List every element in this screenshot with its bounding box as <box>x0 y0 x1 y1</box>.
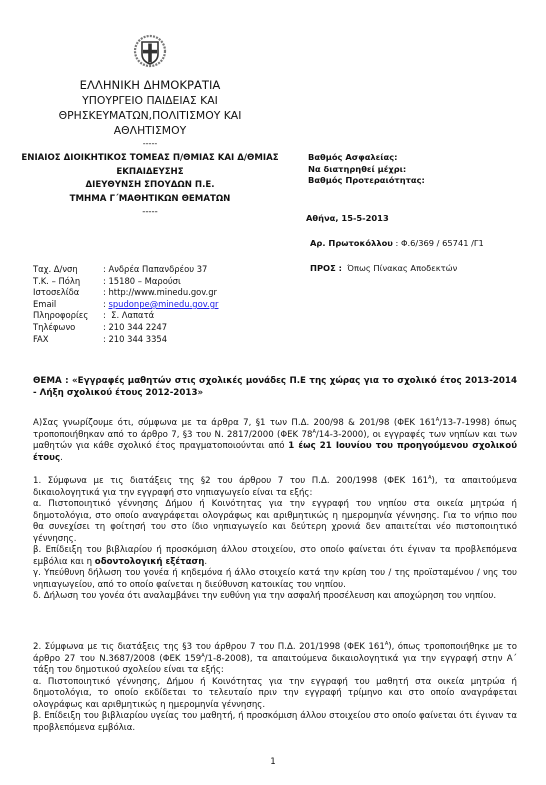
protocol-number: Αρ. Πρωτοκόλλου : Φ.6/369 / 65741 /Γ1 <box>310 238 484 249</box>
text: . <box>60 453 63 463</box>
recipient-value: Όπως Πίνακας Αποδεκτών <box>342 263 457 273</box>
contact-details: Ταχ. Δ/νση : Ανδρέα Παπανδρέου 37 Τ.Κ. –… <box>33 264 218 345</box>
contact-row-info: Πληροφορίες : Σ. Λαπατά <box>33 310 218 322</box>
contact-value: : 210 344 2247 <box>103 322 167 334</box>
contact-key: Πληροφορίες <box>33 310 103 322</box>
contact-row-email: Email : spudonpe@minedu.gov.gr <box>33 299 218 311</box>
text: Α)Σας γνωρίζουμε ότι, σύμφωνα με τα άρθρ… <box>33 418 436 428</box>
contact-value: : 15180 – Μαρούσι <box>103 276 181 288</box>
bold-text: οδοντολογική εξέταση <box>95 557 205 567</box>
contact-row-website: Ιστοσελίδα : http://www.minedu.gov.gr <box>33 287 218 299</box>
priority-level-label: Βαθμός Προτεραιότητας: <box>308 175 425 187</box>
document-page: ΕΛΛΗΝΙΚΗ ΔΗΜΟΚΡΑΤΙΑ ΥΠΟΥΡΓΕΙΟ ΠΑΙΔΕΙΑΣ Κ… <box>0 0 546 785</box>
issuing-authority: ΕΛΛΗΝΙΚΗ ΔΗΜΟΚΡΑΤΙΑ ΥΠΟΥΡΓΕΙΟ ΠΑΙΔΕΙΑΣ Κ… <box>0 78 300 149</box>
contact-key: Ταχ. Δ/νση <box>33 264 103 276</box>
email-link[interactable]: spudonpe@minedu.gov.gr <box>108 299 218 309</box>
contact-key: Email <box>33 299 103 311</box>
item-alpha: α. Πιστοποιητικό γέννησης Δήμου ή Κοινότ… <box>33 499 517 545</box>
recipient: ΠΡΟΣ : Όπως Πίνακας Αποδεκτών <box>310 263 457 274</box>
unit-line-1: ΕΝΙΑΙΟΣ ΔΙΟΙΚΗΤΙΚΟΣ ΤΟΜΕΑΣ Π/ΘΜΙΑΣ ΚΑΙ Δ… <box>0 152 300 166</box>
country-name: ΕΛΛΗΝΙΚΗ ΔΗΜΟΚΡΑΤΙΑ <box>0 78 300 93</box>
contact-key: Τηλέφωνο <box>33 322 103 334</box>
contact-row-address: Ταχ. Δ/νση : Ανδρέα Παπανδρέου 37 <box>33 264 218 276</box>
contact-key: Ιστοσελίδα <box>33 287 103 299</box>
ministry-line-3: ΑΘΛΗΤΙΣΜΟΥ <box>0 123 300 138</box>
page-number: 1 <box>0 757 546 767</box>
separator: ----- <box>0 138 300 149</box>
contact-row-postcode: Τ.Κ. – Πόλη : 15180 – Μαρούσι <box>33 276 218 288</box>
item-gamma: γ. Υπεύθυνη δήλωση του γονέα ή κηδεμόνα … <box>33 568 517 591</box>
document-date: Αθήνα, 15-5-2013 <box>306 213 389 225</box>
contact-value: : Ανδρέα Παπανδρέου 37 <box>103 264 207 276</box>
issuing-unit: ΕΝΙΑΙΟΣ ΔΙΟΙΚΗΤΙΚΟΣ ΤΟΜΕΑΣ Π/ΘΜΙΑΣ ΚΑΙ Δ… <box>0 152 300 220</box>
contact-value: : Σ. Λαπατά <box>103 310 154 322</box>
paragraph-1: 1. Σύμφωνα με τις διατάξεις της §2 του ά… <box>33 476 517 603</box>
text: 1. Σύμφωνα με τις διατάξεις της §2 του ά… <box>33 476 428 486</box>
unit-line-3: ΔΙΕΥΘΥΝΣΗ ΣΠΟΥΔΩΝ Π.Ε. <box>0 179 300 193</box>
retain-until-label: Να διατηρηθεί μέχρι: <box>308 164 425 176</box>
ministry-line-1: ΥΠΟΥΡΓΕΙΟ ΠΑΙΔΕΙΑΣ ΚΑΙ <box>0 93 300 108</box>
item-beta: β. Επίδειξη του βιβλιαρίου ή προσκόμιση … <box>33 545 517 568</box>
contact-row-fax: FAX : 210 344 3354 <box>33 334 218 346</box>
paragraph-intro: Α)Σας γνωρίζουμε ότι, σύμφωνα με τα άρθρ… <box>33 418 517 464</box>
paragraph-2: 2. Σύμφωνα με τις διατάξεις της §3 του ά… <box>33 642 517 734</box>
greek-coat-of-arms-icon <box>133 33 167 69</box>
unit-line-2: ΕΚΠΑΙΔΕΥΣΗΣ <box>0 166 300 180</box>
website-value: : http://www.minedu.gov.gr <box>103 287 217 299</box>
text: 2. Σύμφωνα με τις διατάξεις της §3 του ά… <box>33 642 385 652</box>
item-alpha: α. Πιστοποιητικό γέννησης, Δήμου ή Κοινό… <box>33 677 517 712</box>
protocol-label: Αρ. Πρωτοκόλλου <box>310 238 393 248</box>
contact-row-phone: Τηλέφωνο : 210 344 2247 <box>33 322 218 334</box>
unit-line-4: ΤΜΗΜΑ Γ΄ΜΑΘΗΤΙΚΩΝ ΘΕΜΑΤΩΝ <box>0 193 300 207</box>
recipient-label: ΠΡΟΣ : <box>310 263 342 273</box>
protocol-value: : Φ.6/369 / 65741 /Γ1 <box>393 238 484 248</box>
contact-value: : 210 344 3354 <box>103 334 167 346</box>
classification-block: Βαθμός Ασφαλείας: Να διατηρηθεί μέχρι: Β… <box>308 152 425 187</box>
item-beta: β. Επίδειξη του βιβλιαρίου υγείας του μα… <box>33 711 517 734</box>
security-level-label: Βαθμός Ασφαλείας: <box>308 152 425 164</box>
ministry-line-2: ΘΡΗΣΚΕΥΜΑΤΩΝ,ΠΟΛΙΤΙΣΜΟΥ ΚΑΙ <box>0 108 300 123</box>
item-delta: δ. Δήλωση του γονέα ότι αναλαμβάνει την … <box>33 591 517 603</box>
contact-key: FAX <box>33 334 103 346</box>
subject-line: ΘΕΜΑ : «Εγγραφές μαθητών στις σχολικές μ… <box>33 376 517 399</box>
contact-key: Τ.Κ. – Πόλη <box>33 276 103 288</box>
text: . <box>204 557 207 567</box>
separator: ----- <box>0 206 300 220</box>
